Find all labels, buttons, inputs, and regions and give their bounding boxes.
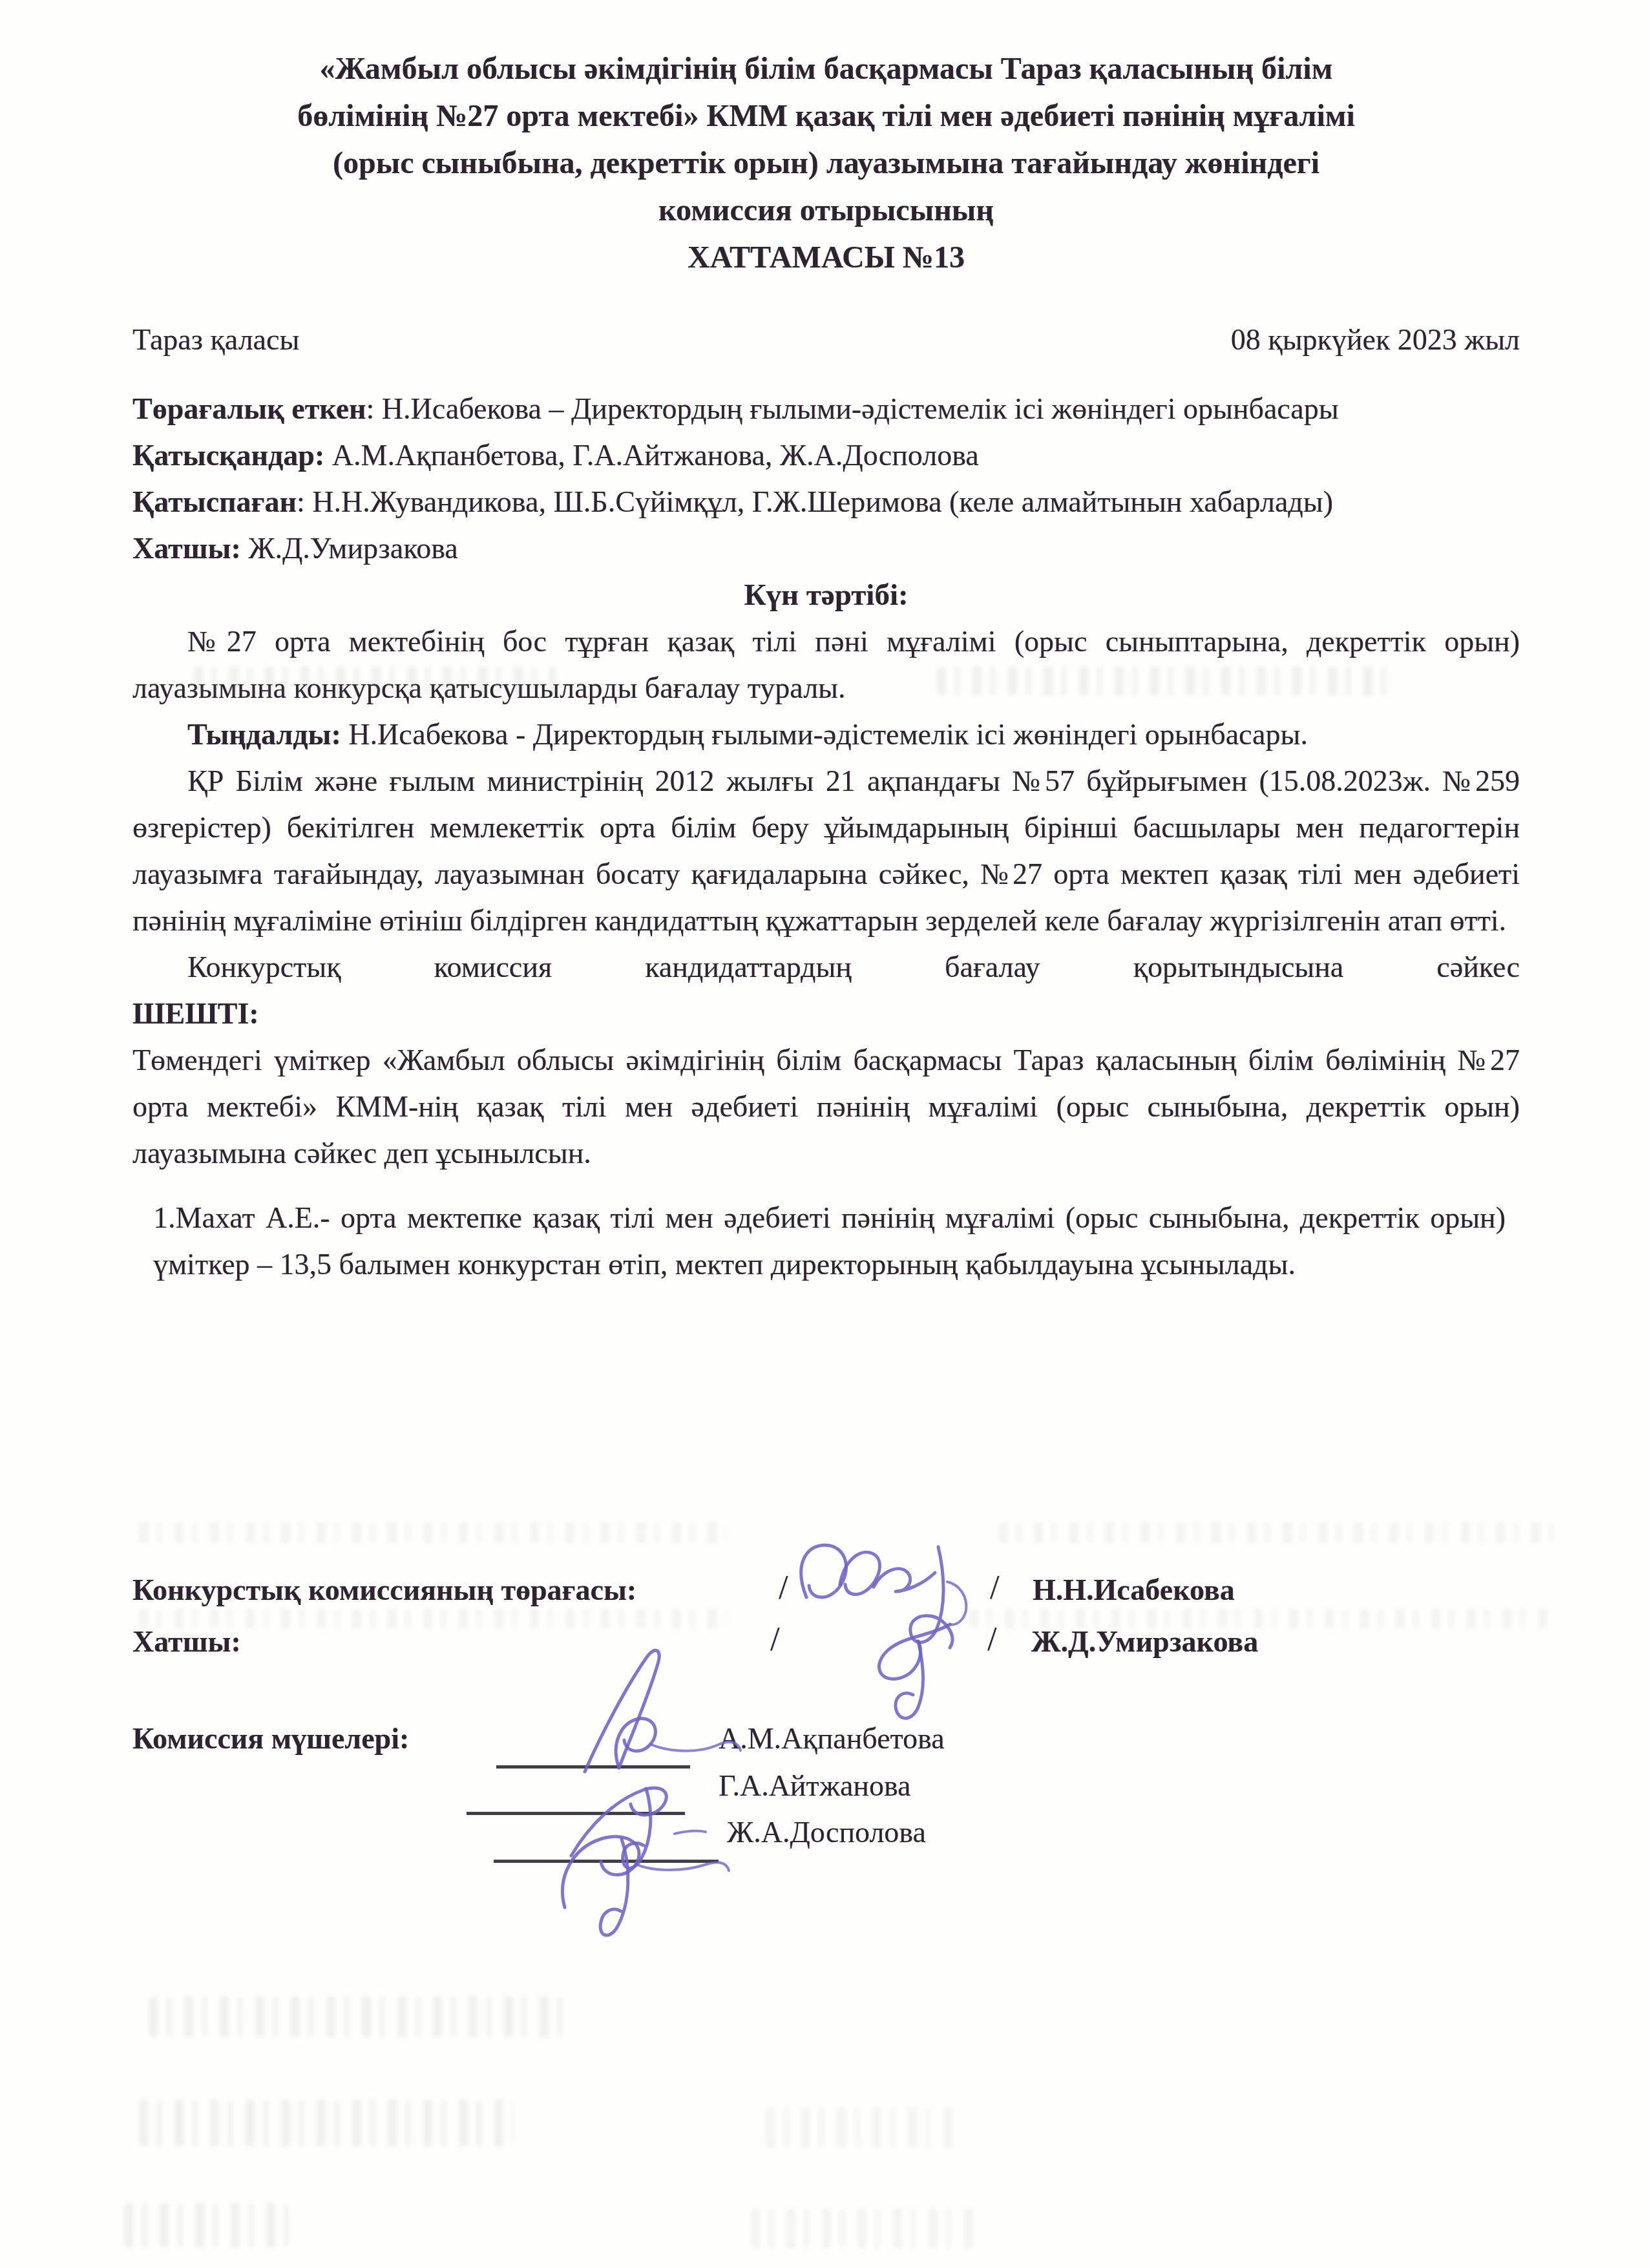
secretary-slash-open: / bbox=[770, 1617, 779, 1663]
document-date: 08 қыркүйек 2023 жыл bbox=[1231, 317, 1520, 363]
chaired-by-line: Төрағалық еткен: Н.Исабекова – Директорд… bbox=[132, 386, 1520, 432]
secretary-meta-value: Ж.Д.Умирзакова bbox=[241, 532, 458, 565]
chaired-by-label: Төрағалық еткен bbox=[132, 392, 366, 425]
member-name-3: Ж.А.Досполова bbox=[727, 1809, 926, 1856]
ghost-bleedthrough bbox=[937, 667, 1389, 695]
signature-line-1 bbox=[496, 1765, 690, 1769]
member-name-2: Г.А.Айтжанова bbox=[719, 1763, 910, 1809]
ghost-bleedthrough bbox=[149, 1997, 569, 2037]
ghost-bleedthrough bbox=[139, 1609, 727, 1628]
chairman-name: Н.Н.Исабекова bbox=[1033, 1567, 1235, 1613]
member1-handwritten-signature bbox=[585, 1650, 740, 1772]
chairman-handwritten-signature bbox=[801, 1545, 952, 1648]
secretary-meta-label: Хатшы: bbox=[132, 532, 241, 565]
agenda-heading: Күн тәртібі: bbox=[132, 572, 1520, 618]
decision-item-1: 1.Махат А.Е.- орта мектепке қазақ тілі м… bbox=[153, 1195, 1506, 1288]
ghost-bleedthrough bbox=[139, 2100, 514, 2147]
ghost-bleedthrough bbox=[751, 2209, 974, 2249]
agenda-paragraph: №27 орта мектебінің бос тұрған қазақ тіл… bbox=[132, 618, 1520, 711]
chaired-by-value: : Н.Исабекова – Директордың ғылыми-әдіст… bbox=[366, 392, 1339, 425]
meta-block: Төрағалық еткен: Н.Исабекова – Директорд… bbox=[132, 386, 1520, 572]
secretary-line: Хатшы: Ж.Д.Умирзакова bbox=[132, 525, 1520, 572]
city-label: Тараз қаласы bbox=[132, 317, 299, 363]
decision-label: ШЕШТІ: bbox=[132, 991, 1520, 1037]
title-line-3: (орыс сыныбына, декреттік орын) лауазымы… bbox=[132, 140, 1520, 187]
ghost-bleedthrough bbox=[969, 1609, 1551, 1628]
heard-paragraph: Тыңдалды: Н.Исабекова - Директордың ғылы… bbox=[132, 711, 1520, 758]
heard-value: Н.Исабекова - Директордың ғылыми-әдістем… bbox=[341, 718, 1308, 751]
absentees-value: : Н.Н.Жувандикова, Ш.Б.Сүйімқұл, Г.Ж.Шер… bbox=[297, 485, 1333, 518]
ghost-bleedthrough bbox=[766, 2108, 960, 2148]
title-line-5: ХАТТАМАСЫ №13 bbox=[132, 234, 1520, 281]
member-name-1: А.М.Ақпанбетова bbox=[719, 1716, 945, 1762]
decision-paragraph: Төмендегі үміткер «Жамбыл облысы әкімдіг… bbox=[132, 1037, 1520, 1177]
secretary-handwritten-signature bbox=[879, 1582, 966, 1718]
document-content: «Жамбыл облысы әкімдігінің білім басқарм… bbox=[0, 0, 1649, 1288]
scanned-protocol-document: «Жамбыл облысы әкімдігінің білім басқарм… bbox=[0, 0, 1649, 2268]
chairman-slash-close: / bbox=[990, 1565, 999, 1612]
ghost-bleedthrough bbox=[139, 1522, 727, 1543]
ghost-bleedthrough bbox=[998, 1522, 1554, 1543]
chairman-signature-label: Конкурстық комиссияның төрағасы: bbox=[132, 1567, 636, 1613]
ghost-bleedthrough bbox=[124, 2203, 289, 2247]
order-paragraph: ҚР Білім және ғылым министрінің 2012 жыл… bbox=[132, 758, 1520, 944]
title-line-1: «Жамбыл облысы әкімдігінің білім басқарм… bbox=[132, 45, 1520, 92]
signature-line-3 bbox=[494, 1860, 719, 1863]
chairman-slash-open: / bbox=[779, 1565, 788, 1612]
members-label: Комиссия мүшелері: bbox=[132, 1716, 409, 1762]
document-title: «Жамбыл облысы әкімдігінің білім басқарм… bbox=[132, 45, 1520, 281]
heard-label: Тыңдалды: bbox=[187, 718, 341, 751]
city-date-row: Тараз қаласы 08 қыркүйек 2023 жыл bbox=[132, 317, 1520, 363]
member3-handwritten-signature bbox=[563, 1836, 729, 1935]
attendees-label: Қатысқандар: bbox=[132, 439, 324, 472]
attendees-value: А.М.Ақпанбетова, Г.А.Айтжанова, Ж.А.Досп… bbox=[324, 439, 978, 472]
commission-result-line: Конкурстық комиссия кандидаттардың бағал… bbox=[132, 944, 1520, 991]
ghost-bleedthrough bbox=[194, 667, 556, 695]
signature-line-2 bbox=[467, 1812, 685, 1815]
attendees-line: Қатысқандар: А.М.Ақпанбетова, Г.А.Айтжан… bbox=[132, 432, 1520, 479]
title-line-4: комиссия отырысының bbox=[132, 187, 1520, 234]
absentees-line: Қатыспаған: Н.Н.Жувандикова, Ш.Б.Сүйімқұ… bbox=[132, 479, 1520, 525]
absentees-label: Қатыспаған bbox=[132, 485, 297, 518]
title-line-2: бөлімінің №27 орта мектебі» КММ қазақ ті… bbox=[132, 92, 1520, 140]
member2-handwritten-signature bbox=[571, 1788, 706, 1868]
